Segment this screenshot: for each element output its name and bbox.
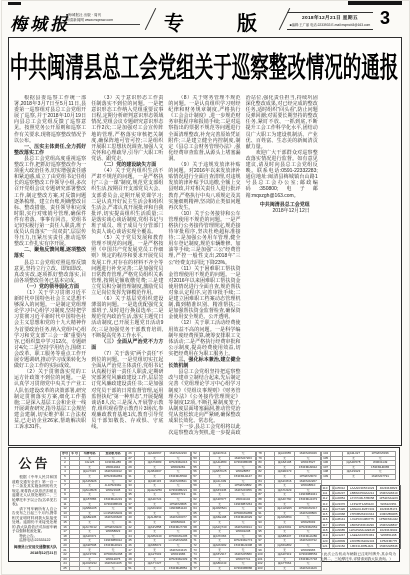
- article-paragraph: （12）关于职工活动经费使用效益不高的问题。一是科学编制年度经费预算,统筹安排职…: [168, 320, 240, 357]
- table-note: （此次公告机动车辆除已注明号牌外,其余均为无牌二、三轮摩托车,详情请到我大队查询…: [320, 552, 396, 561]
- table-cell: 153FMH8854: [165, 566, 192, 571]
- table-cell: 153FMH6610: [377, 490, 401, 495]
- notice-paragraph: 监督电话:22333122: [12, 538, 57, 543]
- table-cell: 121: [321, 543, 330, 548]
- article-paragraph: （5）关于党员发展和教育管理不规范的问题。一是严格按照《中国共产党发展党员工作细…: [91, 235, 163, 296]
- table-row: 114闽AJ7420LAWACLD26Y331162FMJ5174: [321, 506, 401, 511]
- table-row: 103无162FMJ4429: [256, 566, 322, 571]
- top-trim-bar-right: [348, 1, 402, 5]
- vehicle-table-group-5: 104闽A9L0271P52FMI336105无无106闽A4D578W0631…: [320, 451, 396, 480]
- vehicle-table-group-3: 52闽A9C514无53无162FMJ720354闽A4H8801P39FMB0…: [190, 451, 252, 558]
- table-cell: 闽AB4R07: [145, 470, 165, 475]
- table-row: 77无1P39FMB886: [191, 566, 257, 571]
- table-cell: [331, 474, 342, 479]
- table-cell: 162FMJ5174: [377, 506, 401, 511]
- signature-date: 2018年12月12日: [246, 208, 318, 214]
- notice-paragraph: 根据《中华人民共和国道路交通安全法》第一百一十二条及其实施条例的有关规定,现将我…: [12, 475, 57, 507]
- page-number: 3: [380, 8, 390, 29]
- headline-wrap: 中共闽清县总工会党组关于巡察整改情况的通报: [10, 42, 398, 90]
- table-cell: 77: [191, 566, 200, 571]
- notice-column: 公告 根据《中华人民共和国道路交通安全法》第一百一十二条及其实施条例的有关规定,…: [12, 451, 57, 558]
- article-section-heading: 三、强化标本兼治,建立健全长效机制: [168, 357, 240, 369]
- article-paragraph: （7）关于落实“两个责任”不到位的问题。一是党组切实扛起全面从严治党主体责任,党…: [91, 351, 163, 430]
- table-cell: 无: [80, 566, 100, 571]
- vehicle-table: 52闽A9C514无53无162FMJ720354闽A4H8801P39FMB0…: [190, 451, 257, 571]
- table-cell: 1P50FMG442: [377, 517, 401, 522]
- table-cell: 闽AJ0854: [330, 496, 348, 501]
- table-cell: LAEEAKD97F063: [348, 533, 377, 538]
- table-cell: 无: [210, 566, 230, 571]
- table-cell: 闽AH5P31: [145, 516, 165, 521]
- table-cell: 闽AJ6237: [330, 490, 348, 495]
- table-cell: 闽AJ7420: [330, 506, 348, 511]
- table-cell: 闽AC7D12: [80, 525, 100, 530]
- article-paragraph: 根据县委巡察工作统一部署,2018年3月7日至5月11日,县委第一巡察组对县总工…: [14, 95, 86, 144]
- vehicle-table-group-1: 序号车 号车牌号码发动机号码1无无2CG125103FML2863无W06119…: [60, 451, 122, 558]
- editor-line: ■编辑:王广丽 电话:2233933 E-mail:mqmcb3@163.com: [287, 22, 373, 27]
- table-row: 121闽AJ3152LBFFJLD85H421153FMH5546: [321, 543, 401, 548]
- table-cell: 闽A6M654: [275, 516, 295, 521]
- table-cell: [200, 566, 210, 571]
- article-paragraph: 县总工会党组对照巡察反馈意见,坚持立行立改、即知即改、真改实改,逐项抓好整改落实…: [14, 260, 86, 284]
- article-paragraph: 县总工会党组高度重视巡察整改工作,把抓好巡察整改作为一项重大政治任务,切实增强责…: [14, 156, 86, 247]
- vehicle-table-group-4: 78闽A3J655162FMJ604979无无80闽A6Z108W0615527…: [255, 451, 317, 558]
- article-body: 根据县委巡察工作统一部署,2018年3月7日至5月11日,县委第一巡察组对县总工…: [14, 95, 395, 438]
- article-paragraph: 欢迎广大干部群众对巡察整改落实情况进行监督。如有意见建议,请及时向县总工会党组反…: [246, 150, 318, 199]
- table-cell: 闽A1W205: [275, 507, 295, 512]
- top-trim-bar-left: [8, 2, 21, 5]
- vehicle-table: 26闽A4R667162FMJ223027无无28闽A7N0831P52FMH0…: [125, 451, 192, 571]
- table-cell: 闽A4M926: [80, 479, 100, 484]
- date-line: 2018年12月21日 星期五: [287, 14, 373, 21]
- article-paragraph: （9）关于违规发放津补贴的问题。对2016年以来发放津补贴情况进行全面自查清理,…: [168, 162, 240, 211]
- table-row: 113闽AJ3376LFFWJT1A89120W06223351: [321, 501, 401, 506]
- article-paragraph: 县总工会党组坚持把巡察整改与建章立制结合起来,先后制定完善《党组理论学习中心组学…: [168, 369, 240, 424]
- table-cell: [135, 566, 145, 571]
- article-section-heading: 二、聚焦反馈问题,逐项整改落实: [14, 247, 86, 259]
- table-cell: LFFWJT1A89120: [348, 501, 377, 506]
- table-row: 117闽AJ4503LBRSPJD61D290153FMH8837: [321, 522, 401, 527]
- table-row: 120闽AJ6809LXKPBNS20G3341P52FMI775: [321, 538, 401, 543]
- table-cell: 无: [275, 566, 295, 571]
- notice-paragraph: 请下列车辆所有人自公告发布之日起三个月内,携带相关证明材料到我大队接受处理。逾期…: [12, 507, 57, 534]
- table-row: 112闽AJ0854LXYPCML57B0581P52FMH229: [321, 496, 401, 501]
- notice-title: 公告: [12, 453, 57, 472]
- table-cell: 无: [145, 566, 165, 571]
- article-headline: 中共闽清县总工会党组关于巡察整改情况的通报: [10, 46, 399, 86]
- table-cell: 闽AJ6809: [330, 538, 348, 543]
- table-row: 109无162FMJ7791: [321, 474, 396, 479]
- table-header-row: 序号车 号车牌号码发动机号码: [61, 452, 127, 457]
- table-cell: 1P39FMB886: [230, 566, 257, 571]
- table-cell: 153FMH8837: [377, 522, 401, 527]
- table-cell: LAAAKND5X1023: [348, 485, 377, 490]
- table-cell: 闽AJ1247: [330, 533, 348, 538]
- article-paragraph: （3）关于意识形态工作责任制落实不到位的问题。一是把意识形态工作纳入党组重要议事…: [91, 95, 163, 162]
- table-row: 119闽AJ1247LAEEAKD97F063W06551168: [321, 533, 401, 538]
- table-cell: 闽AJ3376: [330, 501, 348, 506]
- table-cell: LXAPCK1080775: [348, 517, 377, 522]
- masthead-subtext: ■梅城报社 出版 · 周刊 闽清新闻网 www.mqxww.com: [66, 13, 140, 25]
- table-cell: LBFFJLD85H421: [348, 543, 377, 548]
- newspaper-logo: 梅城报: [10, 10, 70, 35]
- article-paragraph: （2）关于贯彻落实党的工运方针政策不到位的问题。一是认真学习贯彻党中央关于产业工…: [14, 369, 86, 430]
- table-cell: LXKPBNS20G334: [348, 538, 377, 543]
- table-cell: 闽A2Q740: [210, 525, 230, 530]
- table-cell: 闽AJ8141: [330, 517, 348, 522]
- table-cell: 闽AJ5012: [330, 485, 348, 490]
- table-cell: LBBSKPD0A2214: [348, 490, 377, 495]
- table-cell: 闽AJ9685: [330, 527, 348, 532]
- masthead-info-block: 2018年12月21日 星期五 ■编辑:王广丽 电话:2233933 E-mai…: [287, 12, 373, 30]
- table-cell: 闽A6W232: [80, 562, 100, 567]
- table-cell: 闽AE2W50: [145, 488, 165, 493]
- table-cell: LBRSPJD61D290: [348, 522, 377, 527]
- vehicle-table-area: 序号车 号车牌号码发动机号码1无无2CG125103FML2863无W06119…: [60, 451, 396, 558]
- table-row: 118闽AJ9685LWGPHML42E518162FMJ3902: [321, 527, 401, 532]
- table-cell: 162FMJ3902: [377, 527, 401, 532]
- vehicle-table-right-column: 104闽A9L0271P52FMI336105无无106闽A4D578W0631…: [320, 451, 396, 558]
- section-title-char1: 专: [164, 7, 184, 36]
- table-cell: 462FMJ0823: [377, 485, 401, 490]
- table-cell: LTPKBMS33C644: [348, 512, 377, 517]
- table-cell: 153FMH5546: [377, 543, 401, 548]
- vehicle-table: 序号车 号车牌号码发动机号码1无无2CG125103FML2863无W06119…: [60, 451, 127, 571]
- vehicle-table-group-2: 26闽A4R667162FMJ223027无无28闽A7N0831P52FMH0…: [125, 451, 187, 558]
- table-row: 110闽AJ5012LAAAKND5X1023462FMJ0823: [321, 485, 401, 490]
- table-cell: 闽A8M140: [145, 534, 165, 539]
- article-paragraph: （10）关于公务接待和公车管理使用不规范的问题。一是严格执行公务接待管理规定,规…: [168, 211, 240, 266]
- table-cell: 闽AJ3152: [330, 543, 348, 548]
- table-cell: 162FMJ4429: [295, 566, 322, 571]
- divider-slash-left: [145, 8, 156, 30]
- table-cell: 139FMB0285: [377, 512, 401, 517]
- article-paragraph: （4）关于党内组织生活不严肃不规范的问题。一是严格执行“三会一课”制度,规范党支…: [91, 168, 163, 235]
- section-title-char2: 版: [237, 7, 257, 36]
- table-cell: LAWACLD26Y331: [348, 506, 377, 511]
- table-cell: 103: [256, 566, 265, 571]
- table-cell: 109: [321, 474, 331, 479]
- vehicle-subtable: 110闽AJ5012LAAAKND5X1023462FMJ0823111闽AJ6…: [320, 485, 396, 550]
- table-cell: [70, 566, 80, 571]
- table-row: 115闽AJ2968LTPKBMS33C644139FMB0285: [321, 512, 401, 517]
- article-paragraph: （8）关于财务管理不规范的问题。一是认真组织学习财经纪律和财务规章制度,严格执行…: [168, 95, 240, 162]
- table-cell: 162FMJ7791: [365, 474, 396, 479]
- table-cell: 25: [61, 566, 70, 571]
- article-section-heading: （三）全面从严治党不力方面: [91, 339, 163, 351]
- table-cell: 1P52FMH229: [377, 496, 401, 501]
- table-cell: LWGPHML42E518: [348, 527, 377, 532]
- table-cell: 无: [100, 566, 127, 571]
- table-cell: W06223351: [377, 501, 401, 506]
- masthead-subtext-line2: 闽清新闻网 www.mqxww.com: [66, 18, 140, 23]
- table-row: 51无153FMH8854: [126, 566, 192, 571]
- table-cell: 闽A8W521: [210, 507, 230, 512]
- table-cell: 1P52FMI775: [377, 538, 401, 543]
- vehicle-table: 104闽A9L0271P52FMI336105无无106闽A4D578W0631…: [320, 451, 396, 480]
- table-cell: 无: [342, 474, 365, 479]
- notice-sign-date: 2018年12月21日: [12, 551, 57, 556]
- vehicle-subtable-table: 110闽AJ5012LAAAKND5X1023462FMJ0823111闽AJ6…: [320, 485, 401, 550]
- bottom-section: 公告 根据《中华人民共和国道路交通安全法》第一百一十二条及其实施条例的有关规定,…: [8, 447, 400, 562]
- table-cell: [265, 566, 275, 571]
- table-row: 25无无: [61, 566, 127, 571]
- table-row: 116闽AJ8141LXAPCK10807751P50FMG442: [321, 517, 401, 522]
- notice-body: 根据《中华人民共和国道路交通安全法》第一百一十二条及其实施条例的有关规定,现将我…: [12, 475, 57, 556]
- table-cell: 闽AJ4503: [330, 522, 348, 527]
- table-cell: 51: [126, 566, 135, 571]
- article-paragraph: （11）关于困难职工帮扶资金管理使用不规范的问题。一是对2016年以来困难职工帮…: [168, 266, 240, 321]
- table-row: 111闽AJ6237LBBSKPD0A2214153FMH6610: [321, 490, 401, 495]
- vehicle-table: 78闽A3J655162FMJ604979无无80闽A6Z108W0615527…: [255, 451, 322, 571]
- article-paragraph: （1）关于学习贯彻习近平新时代中国特色社会主义思想不够深入的问题。一是制定党组理…: [14, 290, 86, 369]
- article-section-heading: 一、压实主体责任,全力抓好整改落实工作: [14, 144, 86, 156]
- notice-sign-org: 闽清县公安局交通警察大队: [12, 545, 57, 550]
- article-paragraph: （6）关于基层党组织建设薄弱的问题。一是选优配强党支部班子,及时进行换届选举;二…: [91, 296, 163, 339]
- table-cell: 闽AJ2968: [330, 512, 348, 517]
- table-cell: LXYPCML57B058: [348, 496, 377, 501]
